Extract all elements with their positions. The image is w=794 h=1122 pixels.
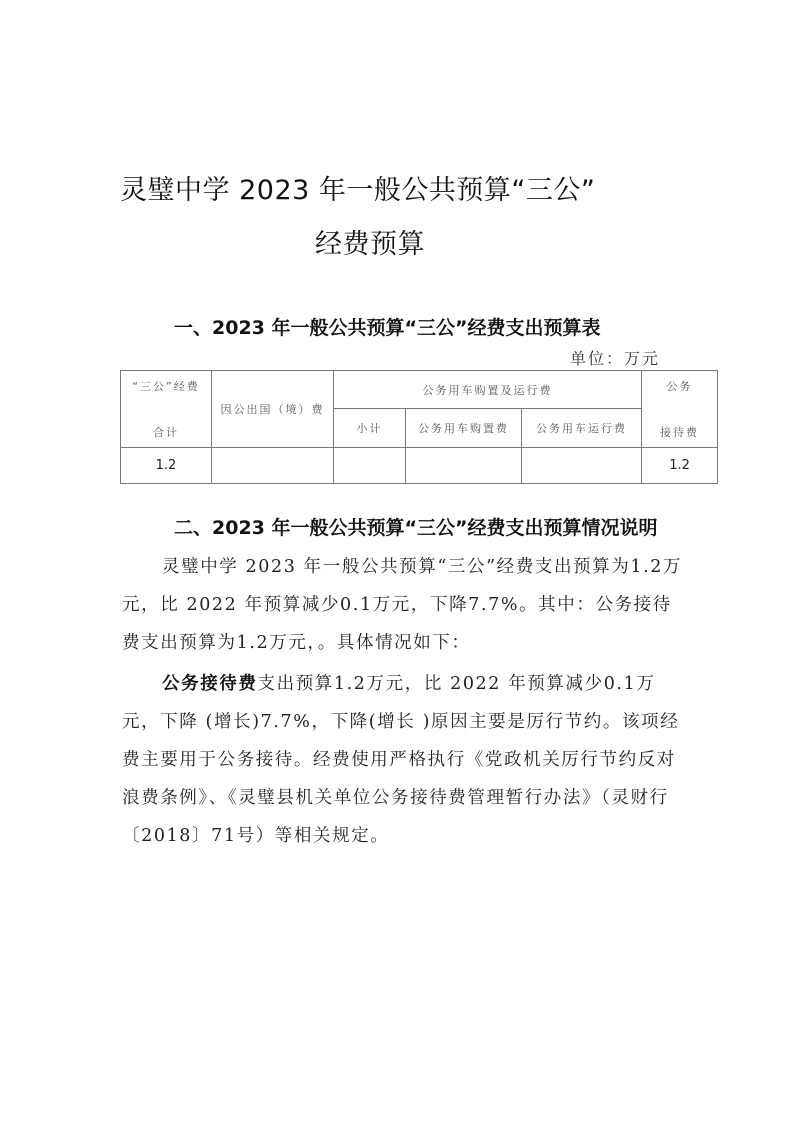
section-2-heading: 二、2023 年一般公共预算“三公”经费支出预算情况说明 — [174, 513, 657, 540]
header-vehicle-group: 公务用车购置及运行费 — [334, 371, 642, 409]
header-vehicle-operation: 公务用车运行费 — [522, 409, 642, 448]
header-overseas: 因公出国（境）费 — [212, 371, 334, 448]
cell-reception: 1.2 — [642, 448, 718, 484]
paragraph-summary: 灵璧中学 2023 年一般公共预算“三公”经费支出预算为1.2万元，比 2022… — [122, 548, 686, 662]
header-reception-line1: 公务 — [642, 378, 717, 394]
section-1-heading: 一、2023 年一般公共预算“三公”经费支出预算表 — [174, 313, 600, 340]
cell-total: 1.2 — [121, 448, 212, 484]
table-row: 1.2 1.2 — [121, 448, 718, 484]
cell-overseas — [212, 448, 334, 484]
header-total-line2: 合计 — [121, 424, 211, 440]
title-line-2: 经费预算 — [120, 222, 680, 268]
budget-table: “三公”经费 合计 因公出国（境）费 公务用车购置及运行费 公务 接待费 小计 … — [120, 370, 718, 484]
cell-vehicle-subtotal — [334, 448, 406, 484]
header-vehicle-subtotal: 小计 — [334, 409, 406, 448]
header-vehicle-purchase: 公务用车购置费 — [406, 409, 522, 448]
paragraph-reception: 公务接待费支出预算1.2万元，比 2022 年预算减少0.1万元，下降 (增长)… — [122, 665, 686, 855]
header-total: “三公”经费 合计 — [121, 371, 212, 448]
paragraph-reception-keyword: 公务接待费 — [162, 674, 258, 694]
paragraph-reception-body: 支出预算1.2万元，比 2022 年预算减少0.1万元，下降 (增长)7.7%，… — [122, 674, 679, 846]
header-total-line1: “三公”经费 — [121, 378, 211, 394]
title-line-1: 灵璧中学 2023 年一般公共预算“三公” — [120, 175, 595, 206]
unit-label: 单位：万元 — [570, 346, 660, 369]
header-reception-line2: 接待费 — [642, 424, 717, 440]
header-reception: 公务 接待费 — [642, 371, 718, 448]
cell-vehicle-operation — [522, 448, 642, 484]
cell-vehicle-purchase — [406, 448, 522, 484]
table-header-row: “三公”经费 合计 因公出国（境）费 公务用车购置及运行费 公务 接待费 — [121, 371, 718, 409]
document-title: 灵璧中学 2023 年一般公共预算“三公” 经费预算 — [120, 168, 680, 268]
